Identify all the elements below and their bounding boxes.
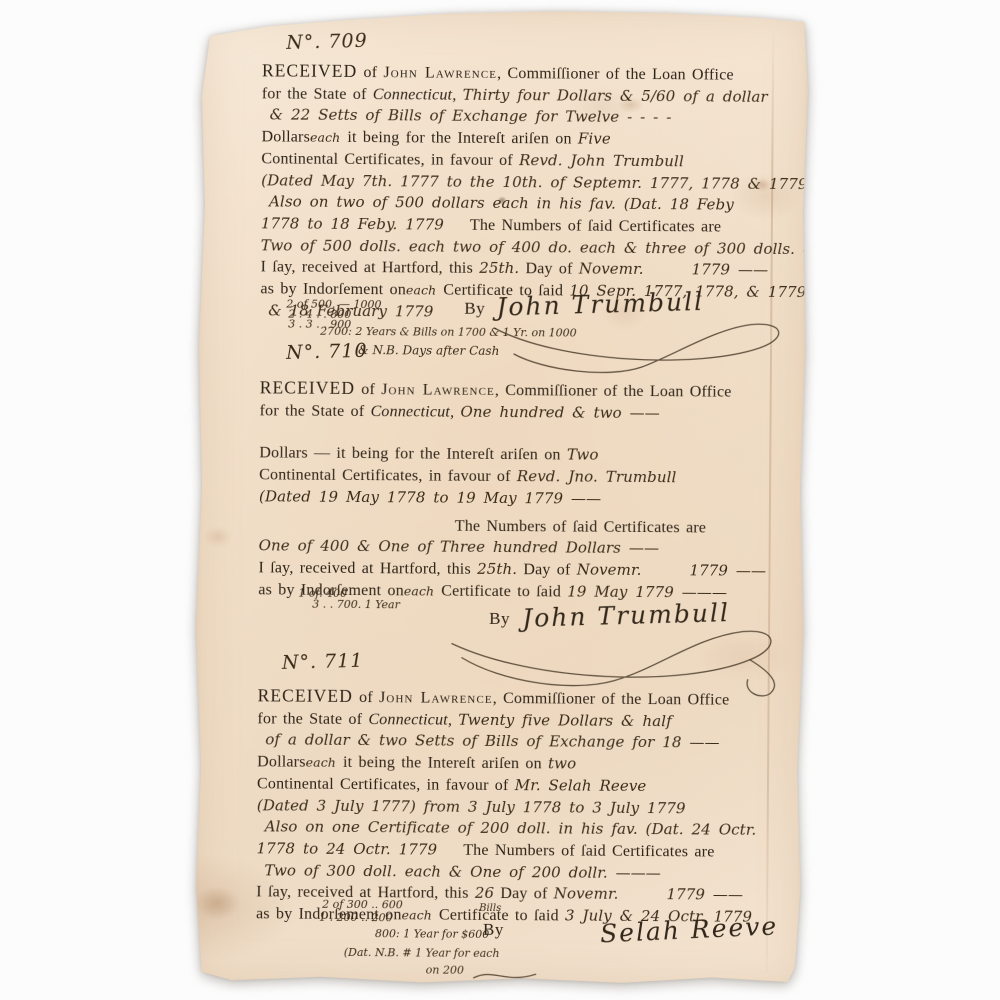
text-segment: Five — [578, 130, 611, 148]
document-paper-wrap: N°. 709 RECEIVED of John Lawrence, Commi… — [192, 6, 811, 990]
paper-stain — [203, 526, 233, 548]
text-segment: each — [310, 130, 347, 145]
text-segment: each — [306, 755, 343, 770]
text-segment: Certificate to ſaid — [441, 582, 567, 600]
text-segment: The Numbers of ſaid Certificates are — [463, 842, 714, 861]
text-segment: I ſay, received at Hartford, this — [261, 259, 480, 278]
r1-line-1: RECEIVED of John Lawrence, Commiſſioner … — [262, 60, 802, 86]
text-segment: Dollars — [261, 128, 310, 145]
r3-bills-note: Bills — [479, 903, 501, 914]
r1-line-5: Continental Certificates, in favour of R… — [261, 148, 801, 173]
text-segment: each — [402, 907, 439, 922]
text-segment: of — [355, 381, 381, 398]
text-segment: (Dated May 7th. 1777 to the 10th. of Sep… — [261, 171, 807, 193]
text-segment: , Commiſſioner of the Loan Office — [493, 690, 730, 709]
text-segment: John Lawrence — [379, 689, 493, 707]
text-segment: 25th. — [479, 259, 519, 277]
text-segment: of — [353, 689, 379, 706]
text-segment: 26 — [475, 884, 494, 902]
receipt-711: RECEIVED of John Lawrence, Commiſſioner … — [256, 685, 798, 928]
text-segment: for the State of — [262, 85, 373, 103]
text-segment: John Lawrence — [383, 64, 497, 82]
text-segment: it being for the Intereſt ariſen on — [347, 129, 578, 148]
text-segment: (Dated 19 May 1778 to 19 May 1779 —— — [259, 487, 601, 507]
receipt-710-number: N°. 710 — [286, 340, 368, 364]
text-segment: Continental Certificates, in favour of — [261, 150, 519, 169]
text-segment: each — [404, 583, 441, 598]
r3-calc-line: 1 . 200 .. 200 — [319, 912, 393, 924]
r2-by-label: By — [489, 609, 510, 629]
document-paper: N°. 709 RECEIVED of John Lawrence, Commi… — [192, 6, 811, 990]
text-segment: for the State of — [257, 710, 368, 728]
r1-by-label: By — [464, 299, 485, 319]
r1-margin-note: & N.B. Days after Cash — [358, 345, 499, 357]
receipt-710: RECEIVED of John Lawrence, Commiſſioner … — [258, 377, 800, 604]
text-segment: Novemr. — [579, 260, 644, 278]
text-segment: Thirty four Dollars & 5/60 of a dollar — [463, 85, 768, 105]
text-segment: Connecticut, — [368, 711, 458, 729]
text-segment: Continental Certificates, in favour of — [257, 775, 515, 794]
text-segment: for the State of — [260, 402, 371, 420]
text-segment: as by Indorſement on — [260, 280, 406, 298]
text-segment: 1779 —— — [666, 885, 743, 904]
text-segment: The Numbers of ſaid Certificates are — [455, 517, 706, 536]
text-segment: , Commiſſioner of the Loan Office — [497, 65, 734, 84]
text-segment: Two — [567, 446, 599, 464]
receipt-709: RECEIVED of John Lawrence, Commiſſioner … — [260, 60, 802, 325]
signature-john-trumbull: John Trumbull — [496, 287, 704, 322]
r3-calc-note: (Dat. N.B. # 1 Year for each — [344, 947, 500, 959]
text-segment: Also on two of 500 dollars each in his f… — [269, 193, 734, 214]
text-segment: One of 400 & One of Three hundred Dollar… — [259, 537, 660, 558]
text-segment: 1778 to 18 Feby. 1779 — [261, 214, 444, 233]
text-segment: Dollars — it being for the Intereſt ariſ… — [259, 445, 567, 464]
text-segment: of a dollar & two Setts of Bills of Exch… — [265, 731, 719, 752]
text-segment: of — [357, 64, 383, 81]
paper-stain — [194, 886, 240, 920]
text-segment: Day of — [519, 260, 579, 277]
r2-line-2: for the State of Connecticut, One hundre… — [260, 400, 800, 425]
text-segment: & 22 Setts of Bills of Exchange for Twel… — [270, 106, 672, 127]
text-segment: 1779 —— — [691, 261, 768, 280]
text-segment: I ſay, received at Hartford, this — [258, 559, 477, 578]
text-segment: Two of 300 doll. each & One of 200 dollr… — [264, 861, 661, 882]
text-segment: it being the Intereſt ariſen on — [343, 754, 548, 772]
r3-line-1: RECEIVED of John Lawrence, Commiſſioner … — [258, 685, 798, 711]
text-segment: Also on one Certificate of 200 doll. in … — [265, 818, 757, 839]
r2-calc-line: 3 . . 700. 1 Year — [312, 599, 400, 611]
text-segment: Connecticut, — [373, 86, 463, 104]
text-segment: (Dated 3 July 1777) from 3 July 1778 to … — [257, 796, 686, 817]
text-segment: Novemr. — [554, 885, 619, 903]
text-segment: , Commiſſioner of the Loan Office — [495, 382, 732, 401]
text-segment: The Numbers of ſaid Certificates are — [470, 217, 721, 236]
r1-calc-total: 2700: 2 Years & Bills on 1700 & 1 Yr. on… — [320, 326, 577, 339]
text-segment: John Lawrence — [381, 381, 495, 399]
pen-squiggle — [472, 966, 542, 986]
r3-calc-line: 2 of 300 .. 600 — [322, 899, 403, 911]
text-segment: two — [548, 754, 576, 772]
photo-background: N°. 709 RECEIVED of John Lawrence, Commi… — [0, 0, 1000, 1000]
text-segment: Day of — [517, 561, 577, 578]
r3-line-5: Continental Certificates, in favour of M… — [257, 773, 797, 798]
text-segment: Novemr. — [577, 560, 642, 578]
text-segment: 1778 to 24 Octr. 1779 — [256, 839, 437, 858]
receipt-711-number: N°. 711 — [282, 650, 364, 674]
text-segment: RECEIVED — [262, 60, 357, 81]
r2-line-1: RECEIVED of John Lawrence, Commiſſioner … — [260, 377, 800, 403]
text-segment: Revd. John Trumbull — [519, 151, 684, 170]
r3-calc-note: on 200 — [426, 964, 464, 975]
r2-line-5: (Dated 19 May 1778 to 19 May 1779 —— — [259, 486, 799, 511]
text-segment: 25th. — [477, 560, 517, 578]
text-segment: Day of — [494, 885, 554, 902]
text-segment: 1779 —— — [689, 561, 766, 580]
text-segment: Mr. Selah Reeve — [515, 776, 647, 795]
text-segment: Revd. Jno. Trumbull — [517, 467, 677, 486]
signature-john-trumbull: John Trumbull — [522, 598, 730, 633]
text-segment: One hundred & two —— — [460, 402, 660, 421]
r3-calc-total: 800: 1 Year for $600 — [375, 928, 489, 940]
text-segment: Dollars — [257, 753, 306, 770]
text-segment: Two of 500 dolls. each two of 400 do. ea… — [261, 236, 840, 258]
text-segment: each — [406, 282, 443, 297]
text-segment: Twenty five Dollars & half — [458, 710, 672, 729]
receipt-709-number: N°. 709 — [286, 30, 368, 54]
text-segment: RECEIVED — [260, 377, 355, 398]
text-segment: RECEIVED — [258, 685, 353, 706]
text-segment: Connecticut, — [370, 403, 460, 421]
text-segment: Continental Certificates, in favour of — [259, 466, 517, 485]
